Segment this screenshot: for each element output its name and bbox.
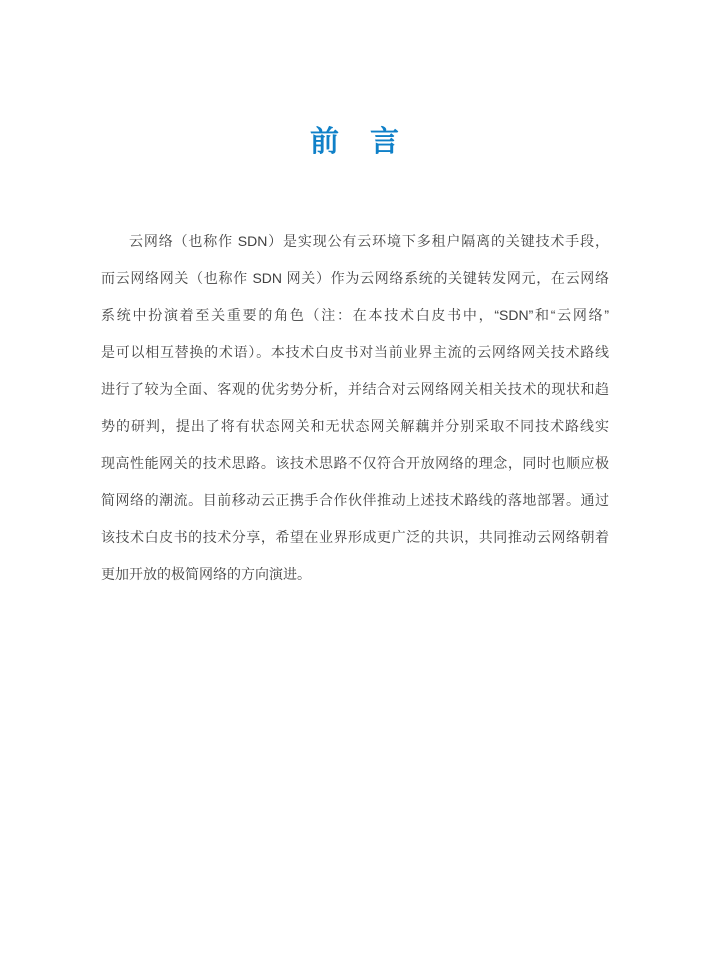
paragraph-line: 而云网络网关（也称作 SDN 网关）作为云网络系统的关键转发网元，在云网络 [101, 260, 609, 297]
preface-paragraph: 云网络（也称作 SDN）是实现公有云环境下多租户隔离的关键技术手段， 而云网络网… [101, 223, 609, 593]
paragraph-line: 势的研判，提出了将有状态网关和无状态网关解藕并分别采取不同技术路线实 [101, 408, 609, 445]
document-page: 前 言 云网络（也称作 SDN）是实现公有云环境下多租户隔离的关键技术手段， 而… [0, 0, 710, 963]
page-title: 前 言 [0, 0, 710, 157]
paragraph-line: 系统中扮演着至关重要的角色（注：在本技术白皮书中，“SDN”和“云网络” [101, 297, 609, 334]
paragraph-line: 该技术白皮书的技术分享，希望在业界形成更广泛的共识，共同推动云网络朝着 [101, 519, 609, 556]
paragraph-line: 现高性能网关的技术思路。该技术思路不仅符合开放网络的理念，同时也顺应极 [101, 445, 609, 482]
paragraph-line: 是可以相互替换的术语）。本技术白皮书对当前业界主流的云网络网关技术路线 [101, 334, 609, 371]
paragraph-line: 简网络的潮流。目前移动云正携手合作伙伴推动上述技术路线的落地部署。通过 [101, 482, 609, 519]
paragraph-line: 云网络（也称作 SDN）是实现公有云环境下多租户隔离的关键技术手段， [101, 223, 609, 260]
paragraph-line: 更加开放的极简网络的方向演进。 [101, 556, 609, 593]
paragraph-line: 进行了较为全面、客观的优劣势分析，并结合对云网络网关相关技术的现状和趋 [101, 371, 609, 408]
